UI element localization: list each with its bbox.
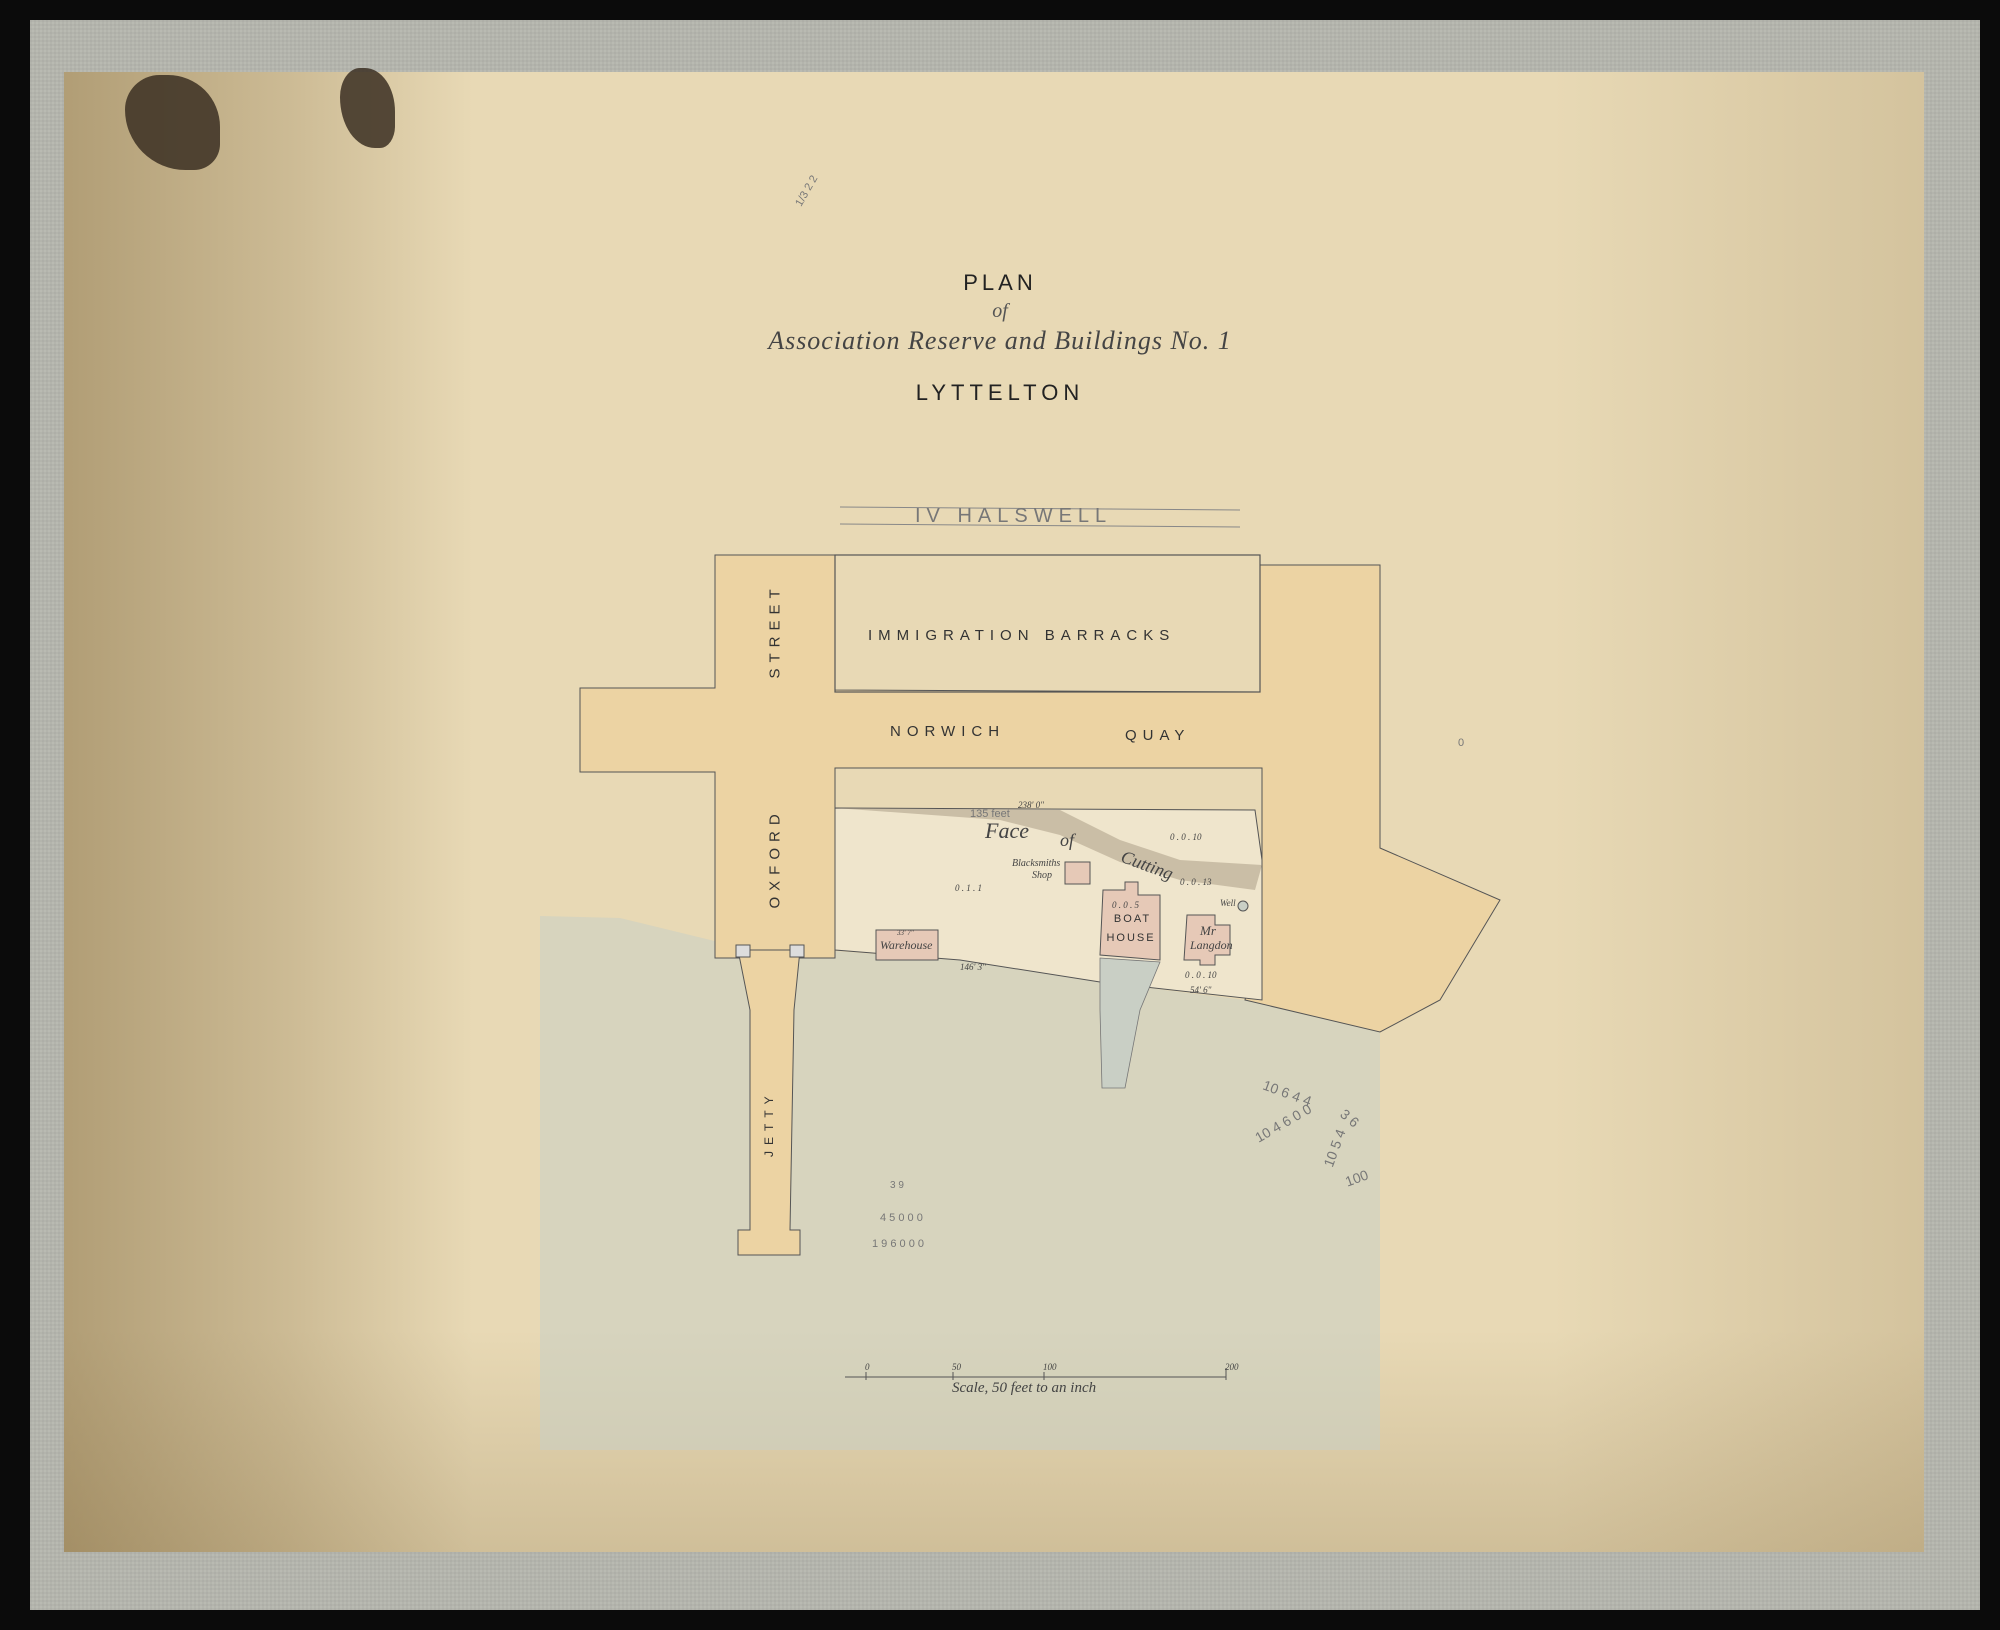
- jetty-pier-left: [736, 945, 750, 957]
- title-association-reserve: Association Reserve and Buildings No. 1: [0, 326, 2000, 356]
- measure-shore-1: 146' 3": [960, 962, 986, 972]
- street-label-norwich: NORWICH: [890, 723, 1005, 740]
- title-of: of: [0, 300, 2000, 323]
- scale-tick-200: 200: [1225, 1362, 1239, 1372]
- scale-tick-100: 100: [1043, 1362, 1057, 1372]
- label-blacksmiths: Blacksmiths: [1012, 858, 1060, 869]
- measure-area-cutting: 0 . 0 . 13: [1180, 877, 1212, 887]
- street-label-halswell: IV HALSWELL: [915, 505, 1112, 528]
- title-plan: PLAN: [0, 270, 2000, 296]
- label-well: Well: [1220, 898, 1236, 908]
- street-label-street: STREET: [767, 599, 784, 679]
- label-boat: BOAT: [1110, 913, 1155, 925]
- pencil-note: 0: [1458, 737, 1464, 749]
- measure-area-main: 0 . 1 . 1: [955, 883, 982, 893]
- measure-area-ne: 0 . 0 . 10: [1170, 832, 1202, 842]
- label-warehouse: Warehouse: [880, 938, 932, 953]
- label-jetty: JETTY: [762, 1107, 776, 1157]
- barracks-block: [835, 555, 1260, 692]
- cutting-note: 135 feet: [970, 808, 1010, 820]
- well-icon: [1238, 901, 1248, 911]
- measure-top-frontage: 238' 0": [1018, 800, 1044, 810]
- street-label-oxford: OXFORD: [767, 819, 784, 909]
- label-mr: Mr: [1200, 923, 1216, 939]
- label-of: of: [1060, 830, 1074, 851]
- measure-warehouse: 33' 7": [897, 929, 914, 937]
- pencil-note: 3 9: [890, 1180, 904, 1191]
- scale-tick-0: 0: [865, 1362, 870, 1372]
- label-house: HOUSE: [1106, 932, 1156, 944]
- scale-tick-50: 50: [952, 1362, 961, 1372]
- scale-label: Scale, 50 feet to an inch: [952, 1380, 1096, 1397]
- jetty-pier-right: [790, 945, 804, 957]
- measure-area-boathouse: 0 . 0 . 5: [1112, 900, 1139, 910]
- pencil-note: 1 9 6 0 0 0: [872, 1238, 924, 1250]
- street-label-quay: QUAY: [1125, 727, 1190, 744]
- label-langdon: Langdon: [1190, 938, 1233, 953]
- measure-shore-2: 54' 6": [1190, 985, 1211, 995]
- label-immigration-barracks: IMMIGRATION BARRACKS: [868, 627, 1175, 644]
- blacksmith-building: [1065, 862, 1090, 884]
- pencil-note: 4 5 0 0 0: [880, 1212, 923, 1224]
- label-shop: Shop: [1032, 870, 1052, 881]
- label-face: Face: [985, 818, 1029, 844]
- measure-area-langdon: 0 . 0 . 10: [1185, 970, 1217, 980]
- title-lyttelton: LYTTELTON: [0, 380, 2000, 406]
